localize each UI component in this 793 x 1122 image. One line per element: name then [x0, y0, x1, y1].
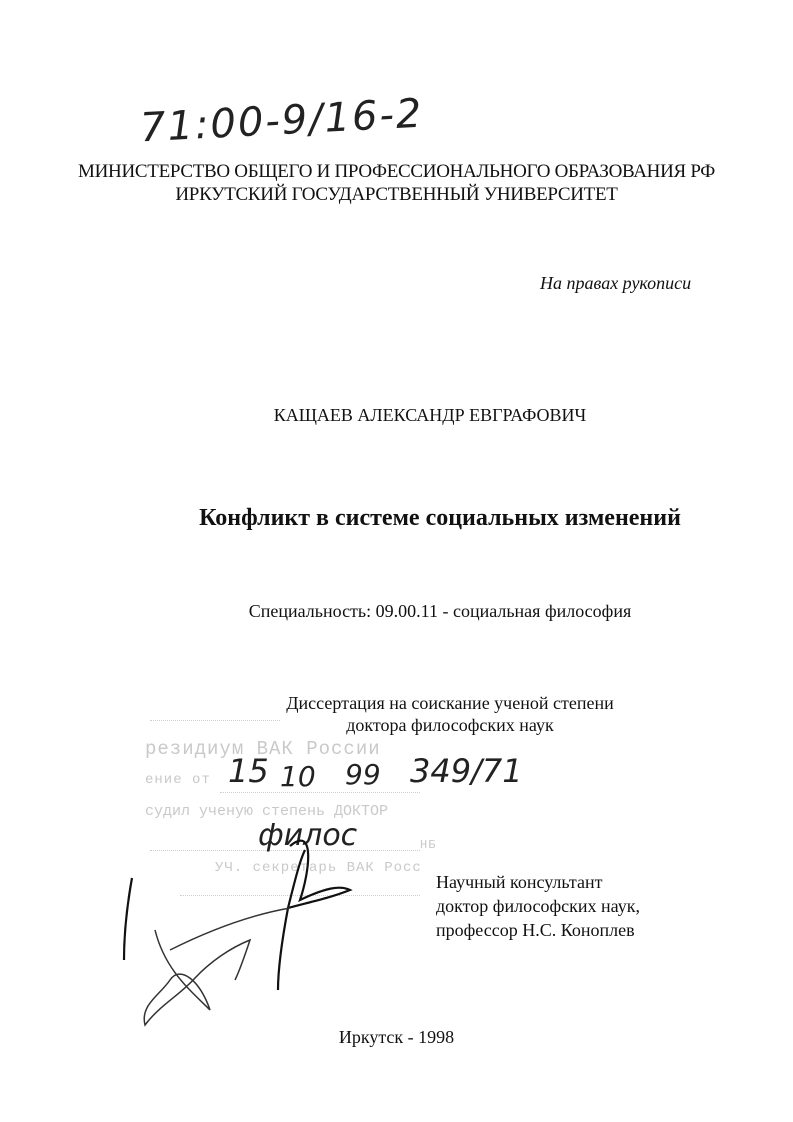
consultant-name: профессор Н.С. Коноплев	[436, 918, 640, 942]
stamp-number: 349/71	[410, 752, 523, 790]
ministry-name: МИНИСТЕРСТВО ОБЩЕГО И ПРОФЕССИОНАЛЬНОГО …	[0, 160, 793, 183]
ministry-header: МИНИСТЕРСТВО ОБЩЕГО И ПРОФЕССИОНАЛЬНОГО …	[0, 160, 793, 206]
signature-stroke-main	[278, 841, 350, 990]
consultant-role: Научный консультант	[436, 870, 640, 894]
stamp-date-month: 10	[280, 760, 316, 793]
signature-stroke-bottom	[144, 908, 290, 1025]
manuscript-rights-note: На правах рукописи	[540, 273, 691, 294]
stamp-rule-1	[150, 720, 280, 721]
signature-stroke-left	[124, 878, 132, 960]
stamp-date-day: 15	[228, 752, 269, 790]
archive-number-handwritten: 71:00-9/16-2	[139, 91, 424, 152]
specialty-line: Специальность: 09.00.11 - социальная фил…	[0, 601, 793, 622]
stamp-line-2: ение от	[145, 772, 211, 788]
stamp-date-year: 99	[345, 758, 381, 791]
author-name: КАЩАЕВ АЛЕКСАНДР ЕВГРАФОВИЧ	[0, 405, 793, 426]
stamp-rule-2	[220, 792, 420, 793]
signature-scribble	[100, 830, 440, 1050]
scientific-consultant: Научный консультант доктор философских н…	[436, 870, 640, 942]
degree-line-1: Диссертация на соискание ученой степени	[280, 692, 620, 714]
degree-line-2: доктора философских наук	[280, 714, 620, 736]
dissertation-title: Конфликт в системе социальных изменений	[0, 505, 793, 532]
dissertation-degree: Диссертация на соискание ученой степени …	[280, 692, 620, 736]
consultant-degree: доктор философских наук,	[436, 894, 640, 918]
university-name: ИРКУТСКИЙ ГОСУДАРСТВЕННЫЙ УНИВЕРСИТЕТ	[0, 183, 793, 206]
city-year: Иркутск - 1998	[0, 1027, 793, 1048]
